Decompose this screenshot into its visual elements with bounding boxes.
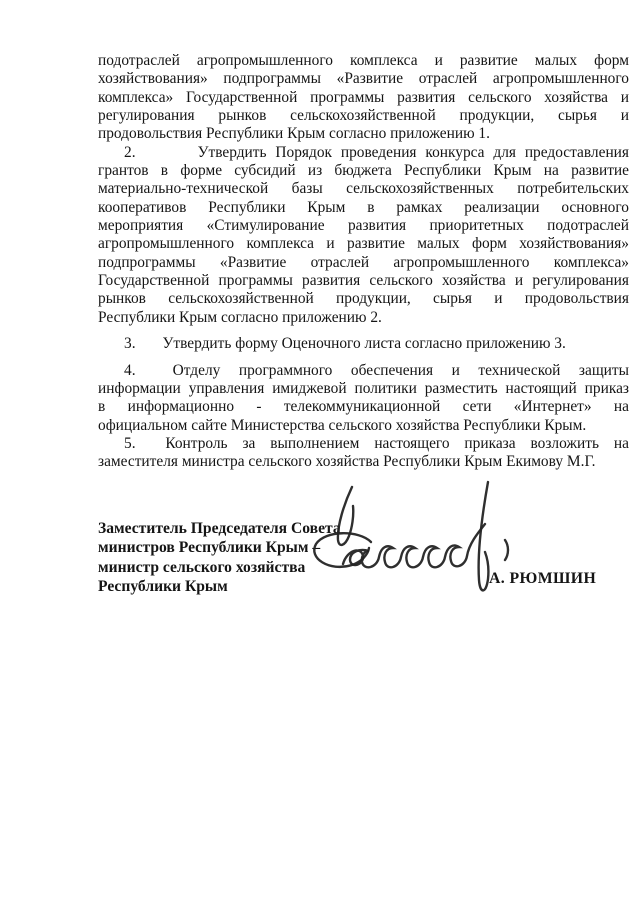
text-line: подотраслей агропромышленного комплекса …: [98, 52, 629, 70]
text-line: 5. Контроль за выполнением настоящего пр…: [98, 435, 629, 453]
paragraph: 4. Отделу программного обеспечения и тех…: [98, 362, 629, 435]
paragraph: 3. Утвердить форму Оценочного листа согл…: [98, 335, 629, 353]
document-page: подотраслей агропромышленного комплекса …: [0, 0, 639, 905]
paragraph: 2. Утвердить Порядок проведения конкурса…: [98, 144, 629, 327]
text-line: 3. Утвердить форму Оценочного листа согл…: [98, 335, 629, 353]
text-line: в информационно - телекоммуникационной с…: [98, 398, 629, 416]
text-line: 4. Отделу программного обеспечения и тех…: [98, 362, 629, 380]
text-line: Государственной программы развития сельс…: [98, 272, 629, 290]
text-line: продовольствия Республики Крым согласно …: [98, 125, 629, 143]
text-line: подпрограммы «Развитие отраслей агропром…: [98, 254, 629, 272]
text-line: регулирования рынков сельскохозяйственно…: [98, 107, 629, 125]
text-line: рынков сельскохозяйственной продукции, с…: [98, 290, 629, 308]
text-line: 2. Утвердить Порядок проведения конкурса…: [98, 144, 629, 162]
text-line: информации управления имиджевой политики…: [98, 380, 629, 398]
signature-scribble: [295, 482, 545, 617]
text-line: Республики Крым согласно приложению 2.: [98, 309, 629, 327]
text-line: заместителя министра сельского хозяйства…: [98, 453, 629, 471]
document-text: подотраслей агропромышленного комплекса …: [98, 52, 629, 472]
text-line: хозяйствования» подпрограммы «Развитие о…: [98, 70, 629, 88]
text-line: комплекса» Государственной программы раз…: [98, 89, 629, 107]
paragraph: подотраслей агропромышленного комплекса …: [98, 52, 629, 144]
text-line: материально-технической базы сельскохозя…: [98, 180, 629, 198]
paragraph: 5. Контроль за выполнением настоящего пр…: [98, 435, 629, 472]
text-line: агропромышленного комплекса и развитие м…: [98, 235, 629, 253]
text-line: кооперативов Республики Крым в рамках ре…: [98, 199, 629, 217]
text-line: грантов в форме субсидий из бюджета Респ…: [98, 162, 629, 180]
text-line: официальном сайте Министерства сельского…: [98, 417, 629, 435]
signatory-name: А. РЮМШИН: [489, 570, 596, 588]
text-line: мероприятия «Стимулирование развития при…: [98, 217, 629, 235]
